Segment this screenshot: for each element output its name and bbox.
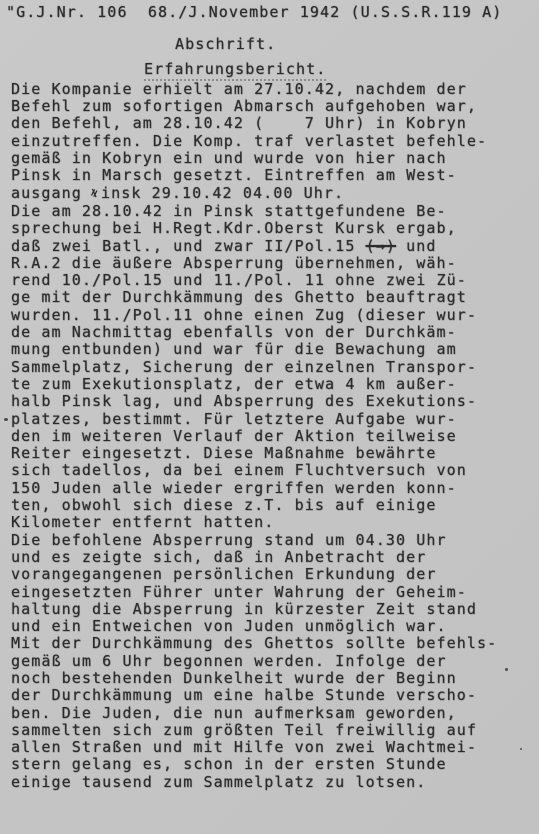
scan-speck xyxy=(505,668,508,671)
copy-label-row: Abschrift. xyxy=(175,36,529,53)
paragraph-2: Die am 28.10.42 in Pinsk stattgefundene … xyxy=(11,203,529,532)
scan-speck xyxy=(4,418,8,421)
document-reference-line: "G.J.Nr. 106 68./J.November 1942 (U.S.S.… xyxy=(6,4,529,21)
struck-out-mark: (→) xyxy=(366,237,396,255)
paragraph-1-text-continued: insk 29.10.42 04.00 Uhr. xyxy=(101,184,344,202)
title-row: Erfahrungsbericht. xyxy=(144,61,529,81)
document-title: Erfahrungsbericht. xyxy=(144,61,326,81)
copy-label: Abschrift. xyxy=(175,35,276,53)
document-page: "G.J.Nr. 106 68./J.November 1942 (U.S.S.… xyxy=(0,0,539,834)
paragraph-2-text-continued: und R.A.2 die äußere Absperrung übernehm… xyxy=(11,237,477,532)
scan-speck xyxy=(520,748,522,750)
paragraph-4: Mit der Durchkämmung des Ghettos sollte … xyxy=(11,635,529,791)
paragraph-1: Die Kompanie erhielt am 27.10.42, nachde… xyxy=(11,81,529,203)
paragraph-3: Die befohlene Absperrung stand um 04.30 … xyxy=(11,532,529,636)
